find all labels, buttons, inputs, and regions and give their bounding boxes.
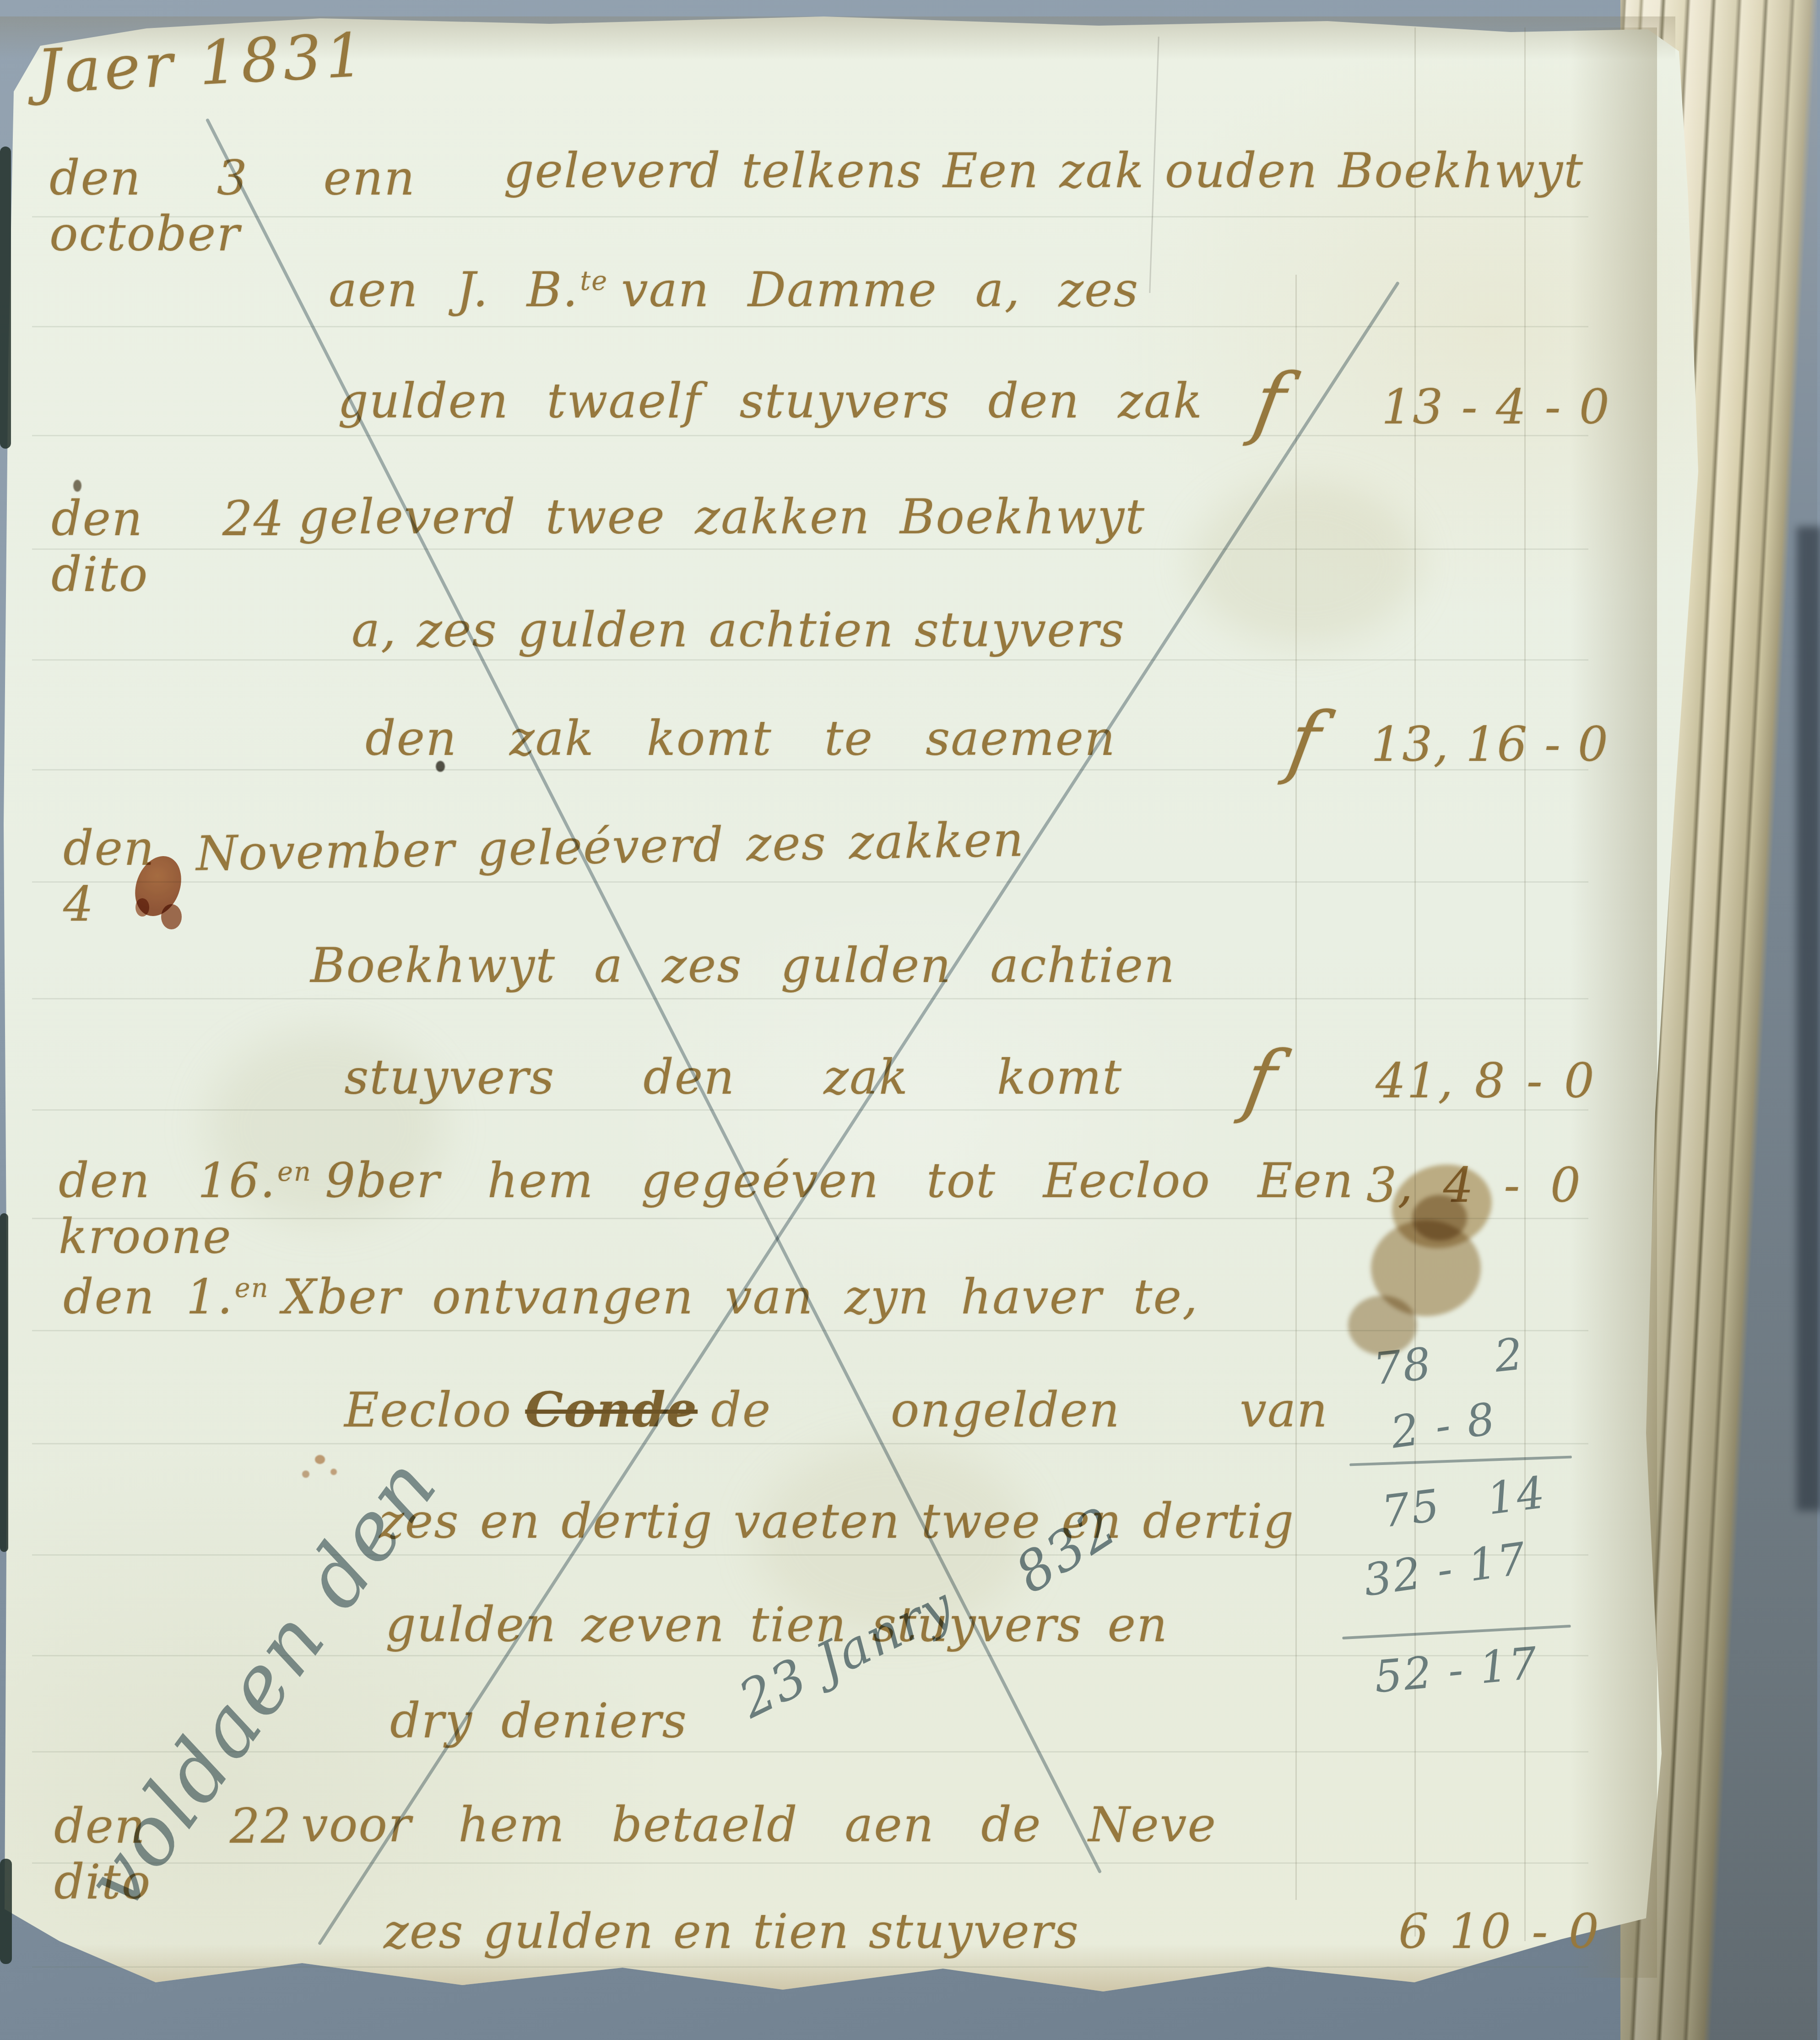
- binding-sliver: [0, 1213, 8, 1552]
- entry-text: den 1.enXber ontvangen van zyn haver te,: [63, 1269, 1198, 1325]
- ruled-line: [32, 659, 1588, 661]
- entry-text: den zak komt te saemen: [365, 711, 1116, 766]
- aging-patch: [206, 1030, 444, 1222]
- ruled-line: [32, 998, 1588, 999]
- entry-text: EeclooCondede ongelden van: [344, 1382, 1328, 1438]
- ink-speck: [436, 761, 445, 772]
- entry-amount: 41, 8 - 0: [1376, 1053, 1595, 1109]
- ruled-line: [32, 769, 1588, 770]
- entry-text-tail: de ongelden van: [711, 1382, 1328, 1438]
- binding-sliver: [0, 146, 11, 449]
- superscript: en: [235, 1273, 269, 1303]
- backdrop-shadow: [1797, 526, 1820, 1511]
- entry-amount: 13, 16 - 0: [1371, 716, 1609, 772]
- entry-date: den 24 dito: [51, 491, 285, 602]
- entry-amount: 13 - 4 - 0: [1381, 379, 1610, 435]
- ruled-line: [32, 1966, 1588, 1968]
- entry-text: gulden twaelf stuyvers den zak: [338, 373, 1203, 429]
- entry-text: gulden zeven tien stuyvers en: [385, 1597, 1168, 1653]
- scanned-ledger-page: Jaer 1831 den 3 enn october geleverd tel…: [0, 0, 1820, 2040]
- entry-text: Boekhwyt a zes gulden achtien: [310, 938, 1175, 993]
- entry-text: aen J. B.tevan Damme a, zes: [329, 262, 1139, 318]
- rust-speck: [302, 1470, 309, 1478]
- crossed-out-word: Conde: [525, 1382, 698, 1438]
- entry-text: voor hem betaeld aen de Neve: [301, 1797, 1217, 1853]
- entry-text: zes gulden en tien stuyvers: [384, 1904, 1079, 1959]
- entry-text: geleverd telkens Een zak ouden Boekhwyt: [504, 143, 1584, 199]
- binding-sliver: [0, 1859, 12, 1964]
- aging-patch: [755, 1442, 1030, 1634]
- ink-blot: [135, 898, 149, 917]
- entry-amount: 6 10 - 0: [1398, 1904, 1600, 1959]
- stain: [1348, 1296, 1417, 1355]
- paper-right-edge-shade: [1570, 27, 1657, 1978]
- entry-text: dry deniers: [390, 1693, 688, 1749]
- rust-speck: [330, 1469, 337, 1475]
- ruled-line: [32, 1443, 1588, 1444]
- entry-text-post: van Damme a, zes: [621, 262, 1139, 318]
- ruled-line: [32, 881, 1588, 883]
- aging-patch: [1190, 481, 1419, 646]
- ruled-line: [32, 326, 1588, 327]
- ink-speck: [73, 480, 81, 492]
- rust-speck: [315, 1455, 325, 1464]
- stain: [1412, 1195, 1467, 1241]
- entry-text: geleverd twee zakken Boekhwyt: [298, 489, 1145, 545]
- entry-text-pre: den 1.: [63, 1269, 233, 1325]
- entry-text-pre: aen J. B.: [329, 262, 579, 318]
- superscript: te: [580, 266, 608, 296]
- ink-blot: [161, 904, 182, 929]
- entry-text-lead: Eecloo: [344, 1382, 512, 1438]
- ruled-line: [32, 435, 1588, 436]
- entry-text: stuyvers den zak komt: [344, 1049, 1122, 1105]
